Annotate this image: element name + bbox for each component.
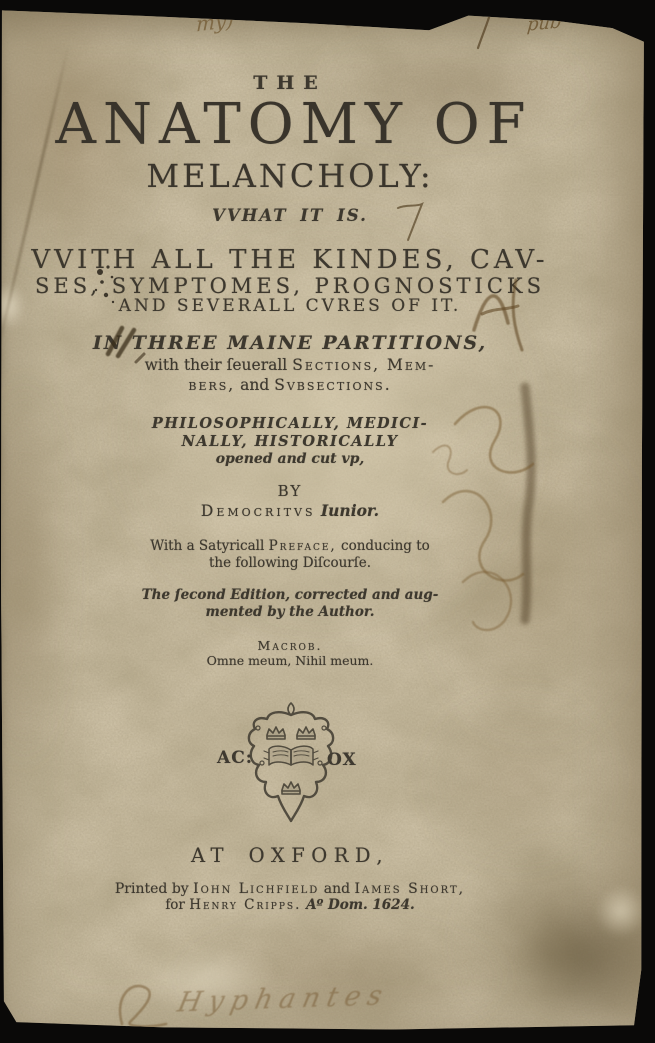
handwriting-top-left: my) <box>196 8 234 37</box>
preface-line-1-post: conducing to <box>337 538 430 554</box>
title-anatomy-of: ANATOMY OF <box>5 97 579 153</box>
ink-scribbles-right-margin <box>425 382 590 642</box>
partitions-line-3-smallcaps-2: Svbsections. <box>274 376 391 394</box>
imprint-anno-dom: Aº Dom. 1624. <box>301 897 414 913</box>
imprint-name-cripps: Henry Cripps. <box>189 897 301 913</box>
ink-splatter <box>88 262 124 306</box>
imprint-name-lichfield: Iohn Lichfield <box>193 881 319 897</box>
author-name-smallcaps: Democritvs <box>201 502 316 520</box>
crown-bottom <box>282 782 300 794</box>
subtitle-what-it-is: VVHAT IT IS. <box>5 208 575 225</box>
pen-slash-top <box>470 4 500 52</box>
preface-line-1-pre: With a Satyricall <box>150 538 268 554</box>
partitions-line-3-and: and <box>235 376 274 394</box>
motto-source-smallcaps: Macrob. <box>258 638 323 653</box>
crown-top-right <box>297 727 315 739</box>
imprint-bookseller-date: for Henry Cripps. Aº Dom. 1624. <box>5 899 575 913</box>
author-name-iunior: Iunior. <box>316 501 380 520</box>
partitions-line-3-smallcaps-1: bers, <box>188 376 235 394</box>
imprint-and: and <box>319 881 354 897</box>
title-melancholy: MELANCHOLY: <box>5 160 575 192</box>
imprint-at-oxford: AT OXFORD, <box>5 846 575 866</box>
partitions-line-2: with their ſeuerall Sections, Mem- <box>5 358 575 374</box>
pen-mark-seven <box>392 200 428 244</box>
pen-mark-prognosticks <box>462 268 542 358</box>
oxford-printers-device: AC: OX <box>213 702 363 824</box>
flourish-bottom-left <box>108 976 188 1032</box>
pen-strokes-over-in <box>98 320 158 370</box>
imprint-printers: Printed by Iohn Lichfield and Iames Shor… <box>5 882 575 896</box>
partitions-line-2-text: with their ſeuerall <box>145 356 293 374</box>
title-the: THE <box>5 74 575 93</box>
imprint-printed-by: Printed by <box>115 881 193 897</box>
crest-cartouche <box>249 712 333 821</box>
faint-smudge-top-center <box>340 6 470 42</box>
motto-text: Omne meum, Nihil meum. <box>5 655 575 668</box>
partitions-line-2-smallcaps: Sections, Mem- <box>292 356 435 374</box>
handwriting-top-right: pub <box>526 11 562 35</box>
crown-top-left <box>267 727 285 739</box>
scanned-title-page: THE ANATOMY OF MELANCHOLY: VVHAT IT IS. … <box>0 0 655 1043</box>
imprint-name-short: Iames Short, <box>355 881 466 897</box>
open-book <box>264 746 318 765</box>
paper-sheet: THE ANATOMY OF MELANCHOLY: VVHAT IT IS. … <box>0 0 655 1043</box>
oxford-crest-icon <box>245 702 337 824</box>
imprint-for: for <box>165 897 189 913</box>
preface-line-1-smallcaps: Preface, <box>269 538 337 554</box>
